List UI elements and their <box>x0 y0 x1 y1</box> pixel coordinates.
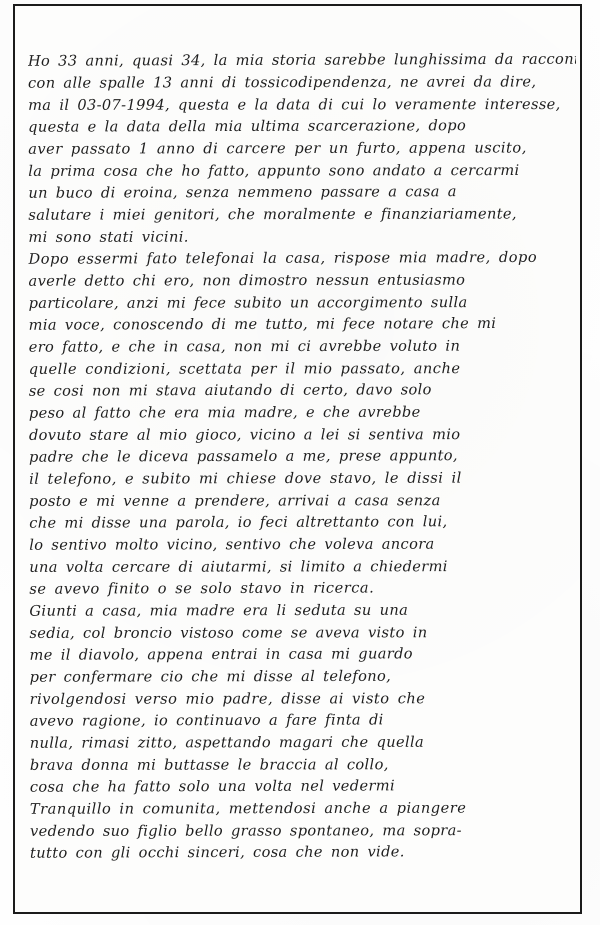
text-line: me il diavolo, appena entrai in casa mi … <box>29 643 577 667</box>
text-line: particolare, anzi mi fece subito un acco… <box>29 292 577 315</box>
text-line: padre che le diceva passamelo a me, pres… <box>29 445 577 469</box>
text-line: Tranquillo in comunita, mettendosi anche… <box>30 797 578 820</box>
text-line: Dopo essermi fato telefonai la casa, ris… <box>28 247 576 271</box>
text-line: tutto con gli occhi sinceri, cosa che no… <box>30 841 578 865</box>
text-line: se cosi non mi stava aiutando di certo, … <box>29 379 577 403</box>
text-line: un buco di eroina, senza nemmeno passare… <box>28 181 576 205</box>
text-line: lo sentivo molto vicino, sentivo che vol… <box>29 533 577 556</box>
text-line: sedia, col broncio vistoso come se aveva… <box>29 622 577 645</box>
page-border: Ho 33 anni, quasi 34, la mia storia sare… <box>13 4 582 914</box>
text-line: la prima cosa che ho fatto, appunto sono… <box>28 160 576 183</box>
text-line: dovuto stare al mio gioco, vicino a lei … <box>29 424 577 447</box>
text-line: mi sono stati vicini. <box>28 226 576 249</box>
text-line: ero fatto, e che in casa, non mi ci avre… <box>29 335 577 358</box>
text-line: brava donna mi buttasse le braccia al co… <box>30 754 578 777</box>
text-line: ma il 03-07-1994, questa e la data di cu… <box>28 94 576 117</box>
text-line: il telefono, e subito mi chiese dove sta… <box>29 467 577 490</box>
text-line: avevo ragione, io continuavo a fare fint… <box>30 709 578 733</box>
handwritten-text: Ho 33 anni, quasi 34, la mia storia sare… <box>28 49 578 864</box>
scanned-page: Ho 33 anni, quasi 34, la mia storia sare… <box>0 0 600 925</box>
text-line: una volta cercare di aiutarmi, si limito… <box>29 556 577 579</box>
text-line: Ho 33 anni, quasi 34, la mia storia sare… <box>28 49 576 72</box>
text-line: per confermare cio che mi disse al telef… <box>30 665 578 688</box>
text-line: cosa che ha fatto solo una volta nel ved… <box>30 775 578 799</box>
text-line: con alle spalle 13 anni di tossicodipend… <box>28 71 576 94</box>
text-line: vedendo suo figlio bello grasso spontane… <box>30 820 578 843</box>
text-line: quelle condizioni, scettata per il mio p… <box>29 358 577 381</box>
text-line: rivolgendosi verso mio padre, disse ai v… <box>30 688 578 711</box>
text-line: che mi disse una parola, io feci altrett… <box>29 511 577 535</box>
text-line: aver passato 1 anno di carcere per un fu… <box>28 137 576 160</box>
text-line: posto e mi venne a prendere, arrivai a c… <box>29 490 577 513</box>
text-line: averle detto chi ero, non dimostro nessu… <box>29 269 577 292</box>
text-line: salutare i miei genitori, che moralmente… <box>28 203 576 226</box>
text-line: peso al fatto che era mia madre, e che a… <box>29 401 577 424</box>
text-line: se avevo finito o se solo stavo in ricer… <box>29 577 577 601</box>
text-line: nulla, rimasi zitto, aspettando magari c… <box>30 731 578 754</box>
text-line: Giunti a casa, mia madre era li seduta s… <box>29 599 577 622</box>
text-line: mia voce, conoscendo di me tutto, mi fec… <box>29 313 577 337</box>
text-line: questa e la data della mia ultima scarce… <box>28 115 576 139</box>
